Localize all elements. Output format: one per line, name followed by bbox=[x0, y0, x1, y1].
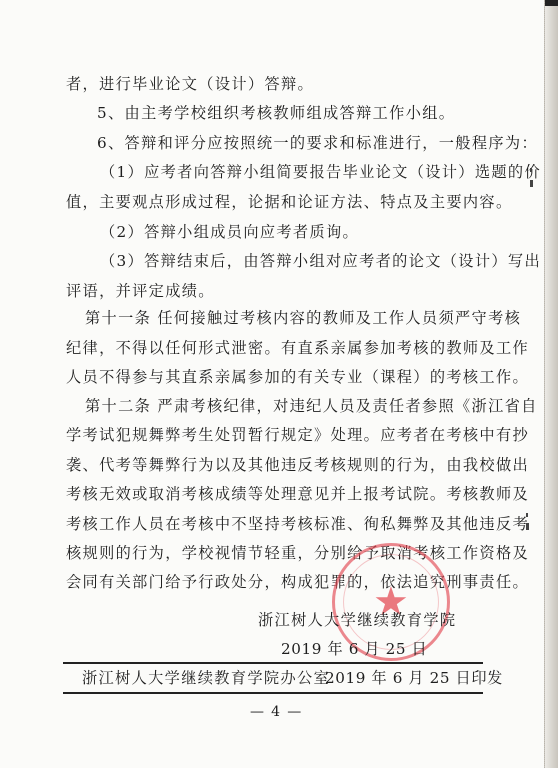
body-line: 5、由主考学校组织考核教师组成答辩工作小组。 bbox=[97, 103, 455, 123]
body-line: 者，进行毕业论文（设计）答辩。 bbox=[66, 74, 314, 94]
body-line: 6、答辩和评分应按照统一的要求和标准进行，一般程序为： bbox=[97, 133, 538, 153]
body-line: 人员不得参与其直系亲属参加的有关专业（课程）的考核工作。 bbox=[66, 367, 529, 387]
article-11-line: 第十一条 任何接触过考核内容的教师及工作人员须严守考核 bbox=[85, 308, 521, 328]
document-page: 者，进行毕业论文（设计）答辩。 5、由主考学校组织考核教师组成答辩工作小组。 6… bbox=[0, 0, 545, 768]
body-line: 纪律，不得以任何形式泄密。有直系亲属参加考核的教师及工作 bbox=[66, 338, 529, 358]
body-line: 考核工作人员在考核中不坚持考核标准、徇私舞弊及其他违反考 bbox=[66, 514, 529, 534]
body-line: （3）答辩结束后，由答辩小组对应考者的论文（设计）写出 bbox=[100, 251, 541, 271]
binding-mark bbox=[526, 523, 529, 530]
footer-issue-date: 2019 年 6 月 25 日印发 bbox=[325, 668, 503, 688]
article-12-line: 第十二条 严肃考核纪律，对违纪人员及责任者参照《浙江省自 bbox=[85, 396, 538, 416]
body-line: 核规则的行为，学校视情节轻重，分别给予取消考核工作资格及 bbox=[66, 543, 529, 563]
footer-issuer: 浙江树人大学继续教育学院办公室 bbox=[82, 668, 330, 688]
binding-mark bbox=[526, 513, 528, 517]
page-edge-corner bbox=[545, 0, 558, 6]
binding-mark bbox=[530, 168, 532, 172]
body-line: 学考试犯规舞弊考生处罚暂行规定》处理。应考者在考核中有抄 bbox=[66, 425, 529, 445]
body-line: 会同有关部门给予行政处分，构成犯罪的，依法追究刑事责任。 bbox=[66, 572, 529, 592]
body-line: 袭、代考等舞弊行为以及其他违反考核规则的行为，由我校做出 bbox=[66, 455, 529, 475]
page-edge bbox=[544, 0, 558, 768]
footer-bottom-rule bbox=[63, 692, 483, 694]
body-line: 值，主要观点形成过程，论据和论证方法、特点及主要内容。 bbox=[66, 192, 513, 212]
footer-top-rule bbox=[63, 662, 483, 664]
signature-date: 2019 年 6 月 25 日 bbox=[281, 639, 427, 659]
page-number: — 4 — bbox=[250, 702, 303, 722]
signature-organization: 浙江树人大学继续教育学院 bbox=[258, 610, 456, 630]
body-line: 考核无效或取消考核成绩等处理意见并上报考试院。考核教师及 bbox=[66, 484, 529, 504]
body-line: （2）答辩小组成员向应考者质询。 bbox=[100, 222, 359, 242]
binding-mark bbox=[530, 180, 533, 187]
body-line: （1）应考者向答辩小组简要报告毕业论文（设计）选题的价 bbox=[100, 162, 541, 182]
body-line: 评语，并评定成绩。 bbox=[66, 281, 215, 301]
